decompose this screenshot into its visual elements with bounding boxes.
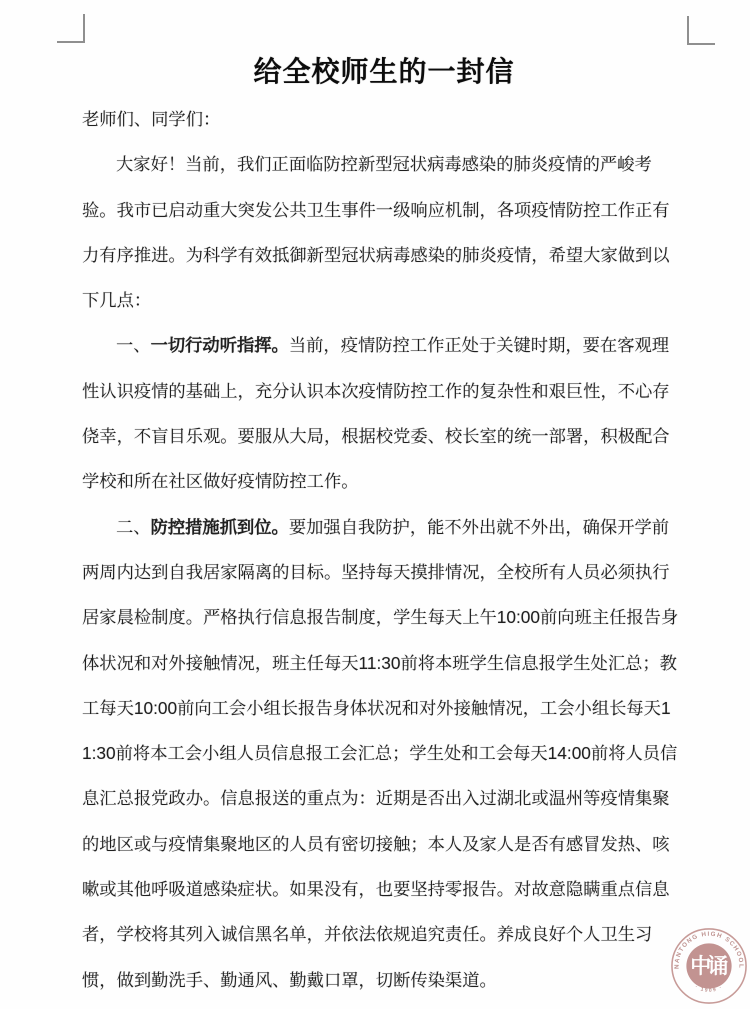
crop-mark-top-left-icon xyxy=(57,14,85,43)
scanned-letter-page: 给全校师生的一封信 老师们、同学们：大家好！当前，我们正面临防控新型冠状病毒感染… xyxy=(0,0,750,1009)
letter-text: 者，学校将其列入诚信黑名单，并依法依规追究责任。养成良好个人卫生习 xyxy=(82,924,652,944)
section-heading-text: 防控措施抓到位。 xyxy=(151,517,289,537)
seal-monogram: 中诵 xyxy=(690,953,728,978)
letter-text: 性认识疫情的基础上，充分认识本次疫情防控工作的复杂性和艰巨性，不心存 xyxy=(82,381,670,401)
letter-line: 一、一切行动听指挥。当前，疫情防控工作正处于关键时期，要在客观理 xyxy=(82,323,682,368)
letter-line: 大家好！当前，我们正面临防控新型冠状病毒感染的肺炎疫情的严峻考 xyxy=(82,142,682,187)
letter-line: 验。我市已启动重大突发公共卫生事件一级响应机制，各项疫情防控工作正有 xyxy=(82,188,682,233)
crop-mark-top-right-icon xyxy=(687,16,715,45)
letter-line: 下几点： xyxy=(82,278,682,323)
letter-line: 老师们、同学们： xyxy=(82,97,682,142)
letter-line: 性认识疫情的基础上，充分认识本次疫情防控工作的复杂性和艰巨性，不心存 xyxy=(82,369,682,414)
letter-line: 1:30前将本工会小组人员信息报工会汇总；学生处和工会每天14:00前将人员信 xyxy=(82,731,682,776)
letter-line: 力有序推进。为科学有效抵御新型冠状病毒感染的肺炎疫情，希望大家做到以 xyxy=(82,233,682,278)
letter-line: 惯，做到勤洗手、勤通风、勤戴口罩，切断传染渠道。 xyxy=(82,958,682,1003)
letter-line: 工每天10:00前向工会小组长报告身体状况和对外接触情况，工会小组长每天1 xyxy=(82,686,682,731)
letter-line: 侥幸，不盲目乐观。要服从大局，根据校党委、校长室的统一部署，积极配合 xyxy=(82,414,682,459)
page-title: 给全校师生的一封信 xyxy=(0,50,750,90)
letter-text: 居家晨检制度。严格执行信息报告制度，学生每天上午10:00前向班主任报告身 xyxy=(82,607,678,627)
letter-line: 学校和所在社区做好疫情防控工作。 xyxy=(82,459,682,504)
letter-text: 息汇总报党政办。信息报送的重点为：近期是否出入过湖北或温州等疫情集聚 xyxy=(82,788,670,808)
letter-text: 学校和所在社区做好疫情防控工作。 xyxy=(82,471,359,491)
letter-body: 老师们、同学们：大家好！当前，我们正面临防控新型冠状病毒感染的肺炎疫情的严峻考验… xyxy=(82,97,682,1003)
letter-line: 的地区或与疫情集聚地区的人员有密切接触；本人及家人是否有感冒发热、咳 xyxy=(82,822,682,867)
letter-line: 体状况和对外接触情况，班主任每天11:30前将本班学生信息报学生处汇总；教 xyxy=(82,641,682,686)
letter-text: 验。我市已启动重大突发公共卫生事件一级响应机制，各项疫情防控工作正有 xyxy=(82,200,670,220)
letter-line: 息汇总报党政办。信息报送的重点为：近期是否出入过湖北或温州等疫情集聚 xyxy=(82,776,682,821)
letter-line: 居家晨检制度。严格执行信息报告制度，学生每天上午10:00前向班主任报告身 xyxy=(82,595,682,640)
letter-text: 的地区或与疫情集聚地区的人员有密切接触；本人及家人是否有感冒发热、咳 xyxy=(82,834,670,854)
school-seal: NANTONG HIGH SCHOOL · 1909 · 中诵 xyxy=(670,927,748,1005)
letter-line: 嗽或其他呼吸道感染症状。如果没有，也要坚持零报告。对故意隐瞒重点信息 xyxy=(82,867,682,912)
section-heading-text: 一切行动听指挥。 xyxy=(151,335,289,355)
letter-line: 两周内达到自我居家隔离的目标。坚持每天摸排情况，全校所有人员必须执行 xyxy=(82,550,682,595)
letter-text: 力有序推进。为科学有效抵御新型冠状病毒感染的肺炎疫情，希望大家做到以 xyxy=(82,245,670,265)
letter-line: 者，学校将其列入诚信黑名单，并依法依规追究责任。养成良好个人卫生习 xyxy=(82,912,682,957)
letter-line: 二、防控措施抓到位。要加强自我防护，能不外出就不外出，确保开学前 xyxy=(82,505,682,550)
letter-text: 大家好！当前，我们正面临防控新型冠状病毒感染的肺炎疫情的严峻考 xyxy=(116,154,652,174)
letter-text: 体状况和对外接触情况，班主任每天11:30前将本班学生信息报学生处汇总；教 xyxy=(82,653,677,673)
letter-text: 老师们、同学们： xyxy=(82,109,220,129)
letter-text: 二、 xyxy=(116,517,151,537)
letter-text: 当前，疫情防控工作正处于关键时期，要在客观理 xyxy=(289,335,669,355)
letter-text: 惯，做到勤洗手、勤通风、勤戴口罩，切断传染渠道。 xyxy=(82,970,497,990)
letter-text: 工每天10:00前向工会小组长报告身体状况和对外接触情况，工会小组长每天1 xyxy=(82,698,671,718)
letter-text: 侥幸，不盲目乐观。要服从大局，根据校党委、校长室的统一部署，积极配合 xyxy=(82,426,670,446)
letter-text: 要加强自我防护，能不外出就不外出，确保开学前 xyxy=(289,517,669,537)
letter-text: 一、 xyxy=(116,335,151,355)
letter-text: 嗽或其他呼吸道感染症状。如果没有，也要坚持零报告。对故意隐瞒重点信息 xyxy=(82,879,670,899)
letter-text: 两周内达到自我居家隔离的目标。坚持每天摸排情况，全校所有人员必须执行 xyxy=(82,562,670,582)
letter-text: 1:30前将本工会小组人员信息报工会汇总；学生处和工会每天14:00前将人员信 xyxy=(82,743,677,763)
letter-text: 下几点： xyxy=(82,290,151,310)
